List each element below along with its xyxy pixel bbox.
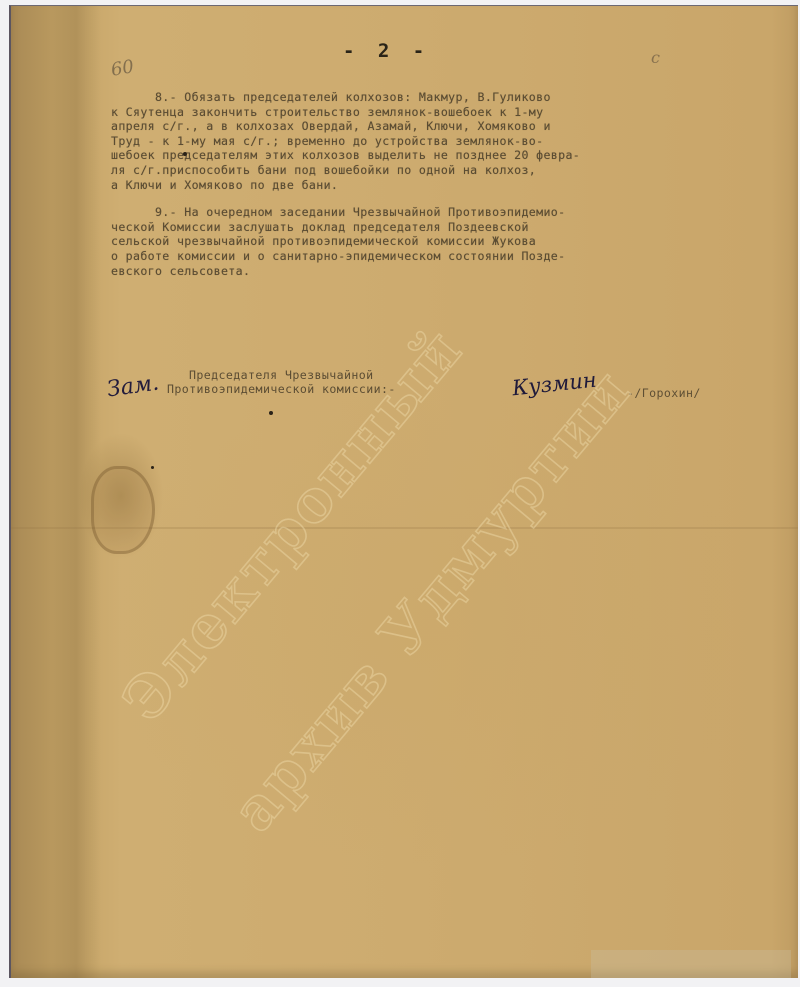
signatory-title: Председателя ЧрезвычайнойПротивоэпидемич… — [167, 368, 396, 396]
text-line: ля с/г.приспособить бани под вошебойки п… — [111, 163, 783, 178]
water-stain — [91, 466, 155, 554]
text-line: апреля с/г., а в колхозах Овердай, Азама… — [111, 119, 783, 134]
text-line: о работе комиссии и о санитарно-эпидемич… — [111, 249, 783, 264]
handwritten-corner-mark: с — [651, 48, 660, 67]
title-line: Председателя Чрезвычайной — [167, 368, 396, 382]
watermark-line-2: архив Удмуртии — [219, 356, 644, 844]
text-line: сельской чрезвычайной противоэпидемическ… — [111, 234, 783, 249]
signatory-name: -/Горохин/ — [627, 386, 701, 400]
document-body: 8.- Обязать председателей колхозов: Макм… — [111, 90, 783, 291]
paper-tear-strip — [591, 950, 791, 978]
handwritten-signature: Кузмин — [511, 368, 598, 401]
text-line: шебоек председателям этих колхозов выдел… — [111, 148, 783, 163]
text-line: 8.- Обязать председателей колхозов: Макм… — [111, 90, 783, 105]
text-line: а Ключи и Хомяково по две бани. — [111, 178, 783, 193]
handwritten-archive-number: 60 — [109, 56, 135, 81]
ink-speck — [151, 466, 154, 469]
signature-block: Зам. Председателя ЧрезвычайнойПротивоэпи… — [107, 366, 787, 426]
text-line: евского сельсовета. — [111, 264, 783, 279]
text-line: к Сяутенца закончить строительство земля… — [111, 105, 783, 120]
page-number: - 2 - — [343, 40, 430, 62]
text-line: Труд - к 1-му мая с/г.; временно до устр… — [111, 134, 783, 149]
paragraph-9: 9.- На очередном заседании Чрезвычайной … — [111, 205, 783, 278]
title-line: Противоэпидемической комиссии:- — [167, 382, 396, 396]
paragraph-8: 8.- Обязать председателей колхозов: Макм… — [111, 90, 783, 192]
scan-background: 60 с - 2 - 8.- Обязать председателей кол… — [0, 0, 800, 987]
handwritten-deputy-prefix: Зам. — [106, 370, 161, 402]
text-line: 9.- На очередном заседании Чрезвычайной … — [111, 205, 783, 220]
text-line: ческой Комиссии заслушать доклад председ… — [111, 220, 783, 235]
document-page: 60 с - 2 - 8.- Обязать председателей кол… — [9, 5, 798, 978]
